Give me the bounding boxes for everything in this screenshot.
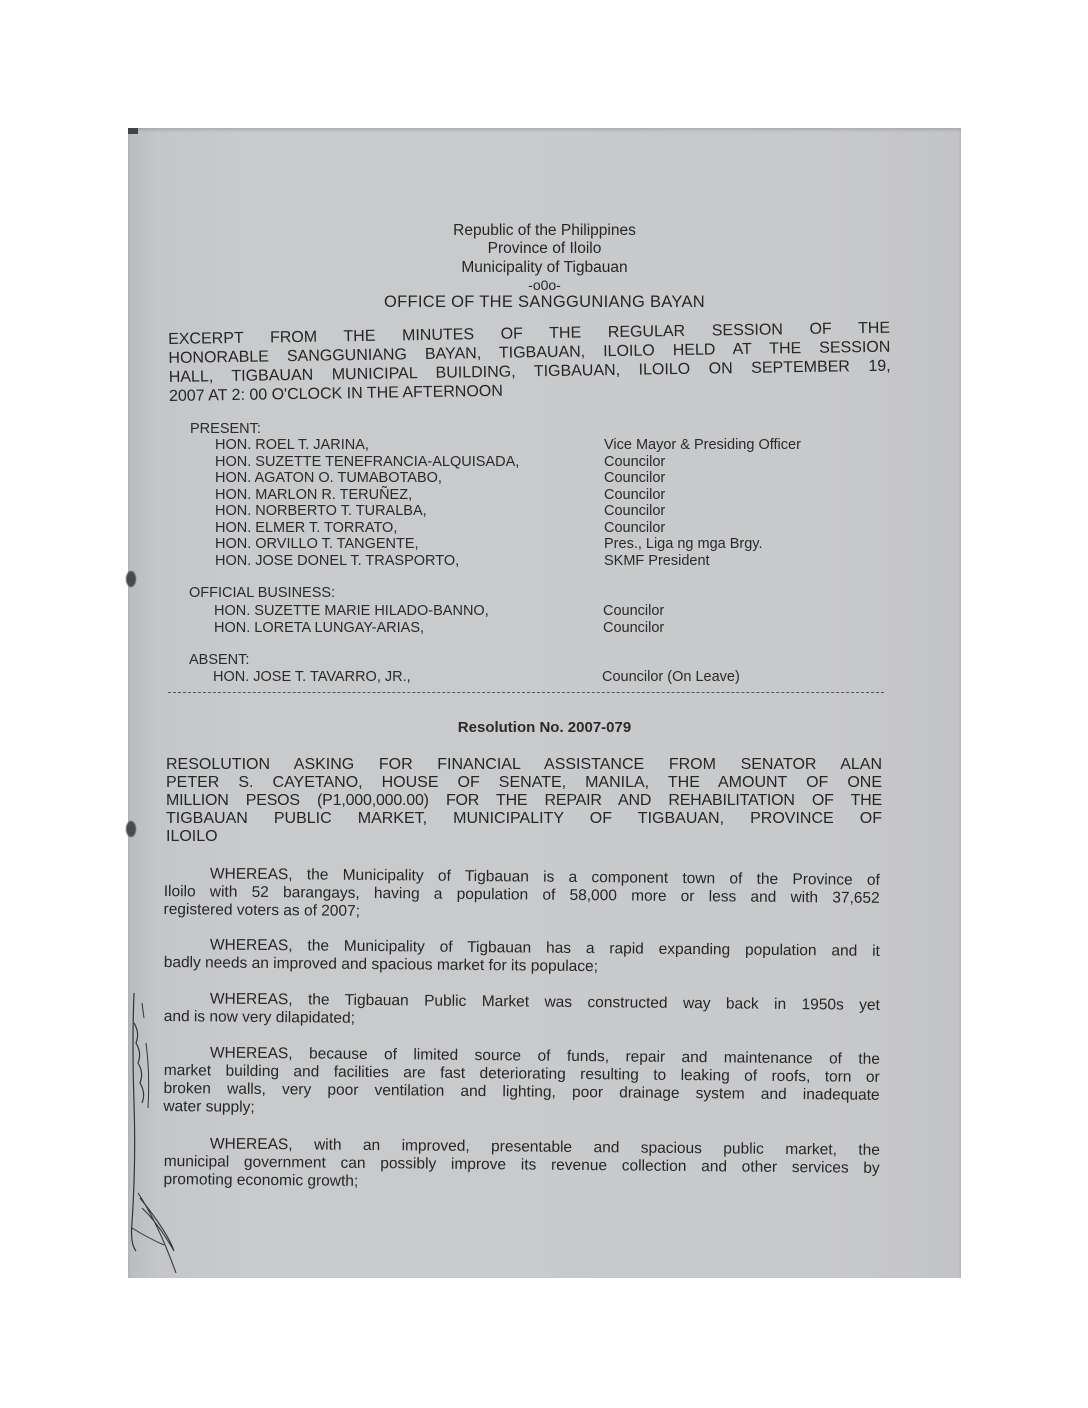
- attendee-name: HON. JOSE DONEL T. TRASPORTO,: [215, 553, 459, 569]
- whereas-clause: WHEREAS, the Tigbauan Public Market was …: [164, 990, 880, 1033]
- punch-hole-mark: [126, 821, 136, 837]
- signature-mark: [128, 983, 198, 1273]
- whereas-clause: WHEREAS, the Municipality of Tigbauan ha…: [164, 936, 880, 979]
- header-office: OFFICE OF THE SANGGUNIANG BAYAN: [128, 293, 961, 312]
- dashed-divider: [168, 692, 884, 693]
- title-line: PETER S. CAYETANO, HOUSE OF SENATE, MANI…: [166, 774, 882, 792]
- attendee-name: HON. LORETA LUNGAY-ARIAS,: [214, 620, 424, 636]
- attendee-role: SKMF President: [604, 553, 710, 569]
- attendee-role: Councilor: [604, 520, 665, 536]
- header-municipality: Municipality of Tigbauan: [128, 259, 961, 277]
- present-label: PRESENT:: [190, 421, 261, 437]
- header-republic: Republic of the Philippines: [128, 222, 961, 240]
- attendee-role: Councilor: [604, 487, 665, 503]
- attendee-name: HON. NORBERTO T. TURALBA,: [215, 503, 427, 519]
- excerpt-heading: EXCERPT FROM THE MINUTES OF THE REGULAR …: [168, 319, 891, 406]
- attendee-name: HON. ELMER T. TORRATO,: [215, 520, 397, 536]
- attendee-role: Vice Mayor & Presiding Officer: [604, 437, 801, 453]
- title-line: ILOILO: [166, 828, 882, 846]
- attendee-role: Councilor: [604, 503, 665, 519]
- attendee-name: HON. ORVILLO T. TANGENTE,: [215, 536, 419, 552]
- document-page: Republic of the Philippines Province of …: [128, 128, 961, 1278]
- attendee-role: Councilor: [603, 603, 664, 619]
- title-line: MILLION PESOS (P1,000,000.00) FOR THE RE…: [166, 792, 882, 810]
- attendee-role: Councilor: [604, 454, 665, 470]
- header-province: Province of Iloilo: [128, 240, 961, 258]
- attendee-name: HON. AGATON O. TUMABOTABO,: [215, 470, 442, 486]
- excerpt-line: 2007 AT 2: 00 O'CLOCK IN THE AFTERNOON: [169, 383, 503, 405]
- attendee-name: HON. MARLON R. TERUÑEZ,: [215, 487, 412, 503]
- whereas-clause: WHEREAS, because of limited source of fu…: [163, 1044, 880, 1123]
- absent-label: ABSENT:: [189, 652, 249, 668]
- title-line: TIGBAUAN PUBLIC MARKET, MUNICIPALITY OF …: [166, 810, 882, 828]
- official-business-label: OFFICIAL BUSINESS:: [189, 585, 335, 601]
- whereas-clause: WHEREAS, with an improved, presentable a…: [163, 1135, 879, 1196]
- attendee-name: HON. SUZETTE TENEFRANCIA-ALQUISADA,: [215, 454, 519, 470]
- attendee-role: Councilor: [604, 470, 665, 486]
- resolution-title: RESOLUTION ASKING FOR FINANCIAL ASSISTAN…: [166, 756, 882, 846]
- attendee-name: HON. JOSE T. TAVARRO, JR.,: [213, 669, 411, 685]
- resolution-number: Resolution No. 2007-079: [128, 719, 961, 736]
- whereas-clause: WHEREAS, the Municipality of Tigbauan is…: [163, 865, 879, 926]
- attendee-name: HON. ROEL T. JARINA,: [215, 437, 369, 453]
- title-line: RESOLUTION ASKING FOR FINANCIAL ASSISTAN…: [166, 756, 882, 774]
- punch-hole-mark: [126, 571, 136, 587]
- attendee-role: Pres., Liga ng mga Brgy.: [604, 536, 763, 552]
- header-separator: -o0o-: [128, 277, 961, 293]
- attendee-role: Councilor (On Leave): [602, 669, 740, 685]
- attendee-role: Councilor: [603, 620, 664, 636]
- attendee-name: HON. SUZETTE MARIE HILADO-BANNO,: [214, 603, 489, 619]
